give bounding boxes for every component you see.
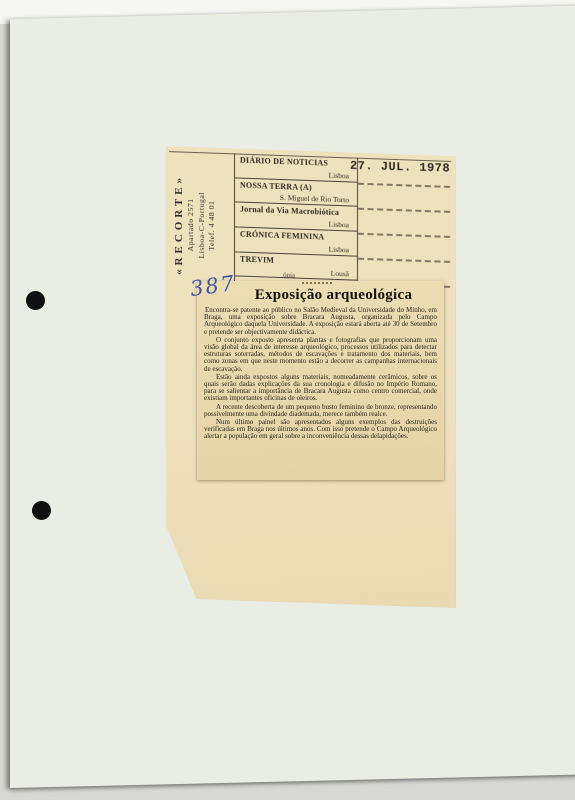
clipping-paragraph: O conjunto exposto apresenta plantas e f… — [204, 337, 437, 373]
row-rule-line — [358, 233, 450, 238]
newspaper-location: S. Miguel de Rio Torto — [280, 193, 349, 204]
clipping-paragraph: Estão ainda expostos alguns materiais, n… — [204, 374, 437, 403]
agency-address-line2: Lisboa-C-Portugal — [197, 160, 208, 290]
date-stamp: 27. JUL. 1978 — [350, 159, 450, 176]
newspaper-table: DIÁRIO DE NOTICIAS Lisboa NOSSA TERRA (A… — [234, 153, 358, 290]
clipping-paragraph: A recente descoberta de um pequeno busto… — [204, 404, 437, 418]
newspaper-clipping: Exposição arqueológica Encontra-se paten… — [197, 281, 444, 480]
agency-name: «RECORTE» — [173, 159, 186, 289]
partial-row-fragment: ónia — [283, 271, 295, 279]
scanned-sheet: «RECORTE» Apartado 2571 Lisboa-C-Portuga… — [0, 0, 575, 800]
newspaper-location: Lousã — [331, 269, 349, 279]
clipping-paragraph: Num último painel são apresentados algun… — [204, 419, 437, 441]
row-rule-line — [358, 208, 450, 213]
punch-hole-top — [26, 291, 45, 310]
torn-rule-mark — [302, 282, 332, 284]
newspaper-name: DIÁRIO DE NOTICIAS — [235, 153, 357, 168]
row-rule-line — [358, 258, 450, 263]
newspaper-location: Lisboa — [329, 220, 349, 230]
recorte-agency-block: «RECORTE» Apartado 2571 Lisboa-C-Portuga… — [173, 159, 227, 291]
clipping-paragraph: Encontra-se patente ao público no Salão … — [204, 307, 437, 336]
row-rule-line — [358, 183, 450, 188]
newspaper-location: Lisboa — [329, 170, 349, 180]
clipping-body: Encontra-se patente ao público no Salão … — [197, 304, 444, 441]
newspaper-location: Lisboa — [329, 244, 349, 254]
punch-hole-bottom — [32, 501, 51, 520]
agency-phone: Telef. 4 48 01 — [207, 160, 218, 290]
agency-address-line1: Apartado 2571 — [186, 160, 197, 290]
table-row: TREVIM Lousã — [235, 252, 357, 281]
